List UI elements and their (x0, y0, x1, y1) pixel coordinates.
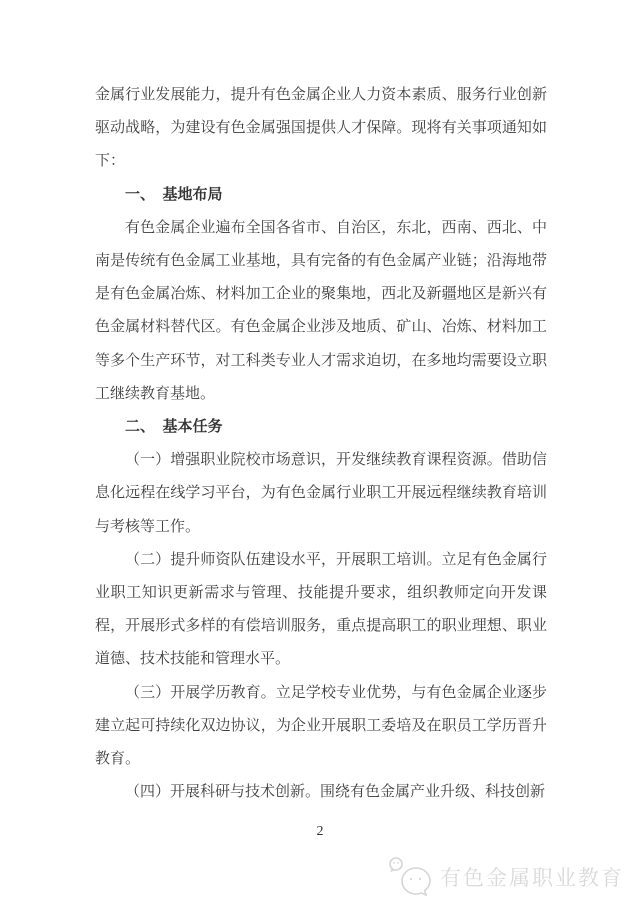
wechat-icon (389, 855, 435, 899)
document-page: { "document": { "paragraphs": [ { "type"… (0, 0, 640, 905)
section-heading: 二、 基本任务 (95, 411, 547, 444)
page-number: 2 (0, 824, 640, 840)
paragraph: （四）开展科研与技术创新。围绕有色金属产业升级、科技创新 (95, 776, 547, 809)
paragraph: （三）开展学历教育。立足学校专业优势，与有色金属企业逐步建立起可持续化双边协议，… (95, 677, 547, 777)
document-body: 金属行业发展能力，提升有色金属企业人力资本素质、服务行业创新驱动战略，为建设有色… (95, 79, 547, 809)
paragraph: （一）增强职业院校市场意识，开发继续教育课程资源。借助信息化远程在线学习平台，为… (95, 444, 547, 544)
section-heading: 一、 基地布局 (95, 179, 547, 212)
paragraph: 金属行业发展能力，提升有色金属企业人力资本素质、服务行业创新驱动战略，为建设有色… (95, 79, 547, 179)
paragraph: 有色金属企业遍布全国各省市、自治区，东北，西南、西北、中南是传统有色金属工业基地… (95, 212, 547, 411)
watermark: 有色金属职业教育 (389, 855, 624, 899)
watermark-text: 有色金属职业教育 (440, 862, 624, 892)
paragraph: （二）提升师资队伍建设水平，开展职工培训。立足有色金属行业职工知识更新需求与管理… (95, 544, 547, 677)
